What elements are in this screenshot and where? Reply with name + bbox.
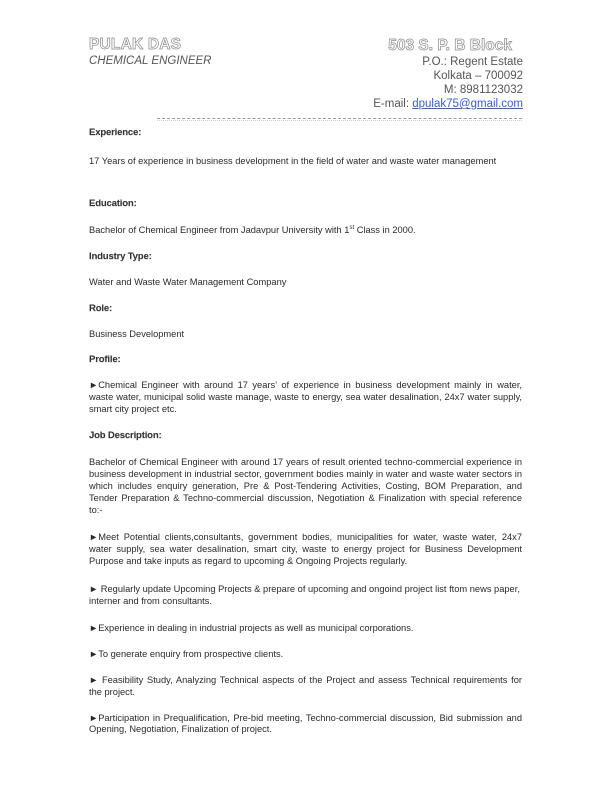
- address-line-2: P.O.: Regent Estate: [373, 55, 523, 69]
- heading-experience: Experience:: [89, 127, 522, 139]
- job-bullet: ► Feasibility Study, Analyzing Technical…: [89, 675, 522, 699]
- profile-text: ►Chemical Engineer with around 17 years’…: [89, 380, 522, 415]
- heading-profile: Profile:: [89, 354, 522, 366]
- candidate-name: PULAK DAS: [89, 36, 181, 54]
- heading-job-description: Job Description:: [89, 430, 522, 442]
- heading-role: Role:: [89, 303, 522, 315]
- address-line-3: Kolkata – 700092: [373, 69, 523, 83]
- email-row: E-mail: dpulak75@gmail.com: [373, 97, 523, 111]
- candidate-title: CHEMICAL ENGINEER: [89, 55, 211, 67]
- resume-body: Experience: 17 Years of experience in bu…: [89, 127, 522, 736]
- job-bullet: ►Participation in Prequalification, Pre-…: [89, 713, 522, 737]
- header-divider: [157, 118, 522, 119]
- experience-text: 17 Years of experience in business devel…: [89, 156, 522, 168]
- resume-page: PULAK DAS CHEMICAL ENGINEER 503 S. P. B …: [0, 0, 612, 792]
- heading-industry-type: Industry Type:: [89, 251, 522, 263]
- heading-education: Education:: [89, 198, 522, 210]
- job-description-intro: Bachelor of Chemical Engineer with aroun…: [89, 457, 522, 516]
- education-text-main: Bachelor of Chemical Engineer from Jadav…: [89, 225, 349, 235]
- email-link[interactable]: dpulak75@gmail.com: [412, 98, 523, 110]
- address-line-1: 503 S. P. B Block: [373, 36, 512, 55]
- email-label: E-mail:: [373, 98, 412, 110]
- job-bullet: ►To generate enquiry from prospective cl…: [89, 649, 522, 661]
- phone: M: 8981123032: [373, 83, 523, 97]
- header-divider-shadow: [157, 120, 522, 121]
- education-text: Bachelor of Chemical Engineer from Jadav…: [89, 225, 522, 237]
- role-text: Business Development: [89, 329, 522, 341]
- job-bullet: ►Meet Potential clients,consultants, gov…: [89, 532, 522, 567]
- contact-block: 503 S. P. B Block P.O.: Regent Estate Ko…: [373, 36, 523, 111]
- education-text-end: Class in 2000.: [354, 225, 416, 235]
- job-bullet: ►Experience in dealing in industrial pro…: [89, 623, 522, 635]
- industry-text: Water and Waste Water Management Company: [89, 277, 522, 289]
- job-bullet: ► Regularly update Upcoming Projects & p…: [89, 584, 522, 608]
